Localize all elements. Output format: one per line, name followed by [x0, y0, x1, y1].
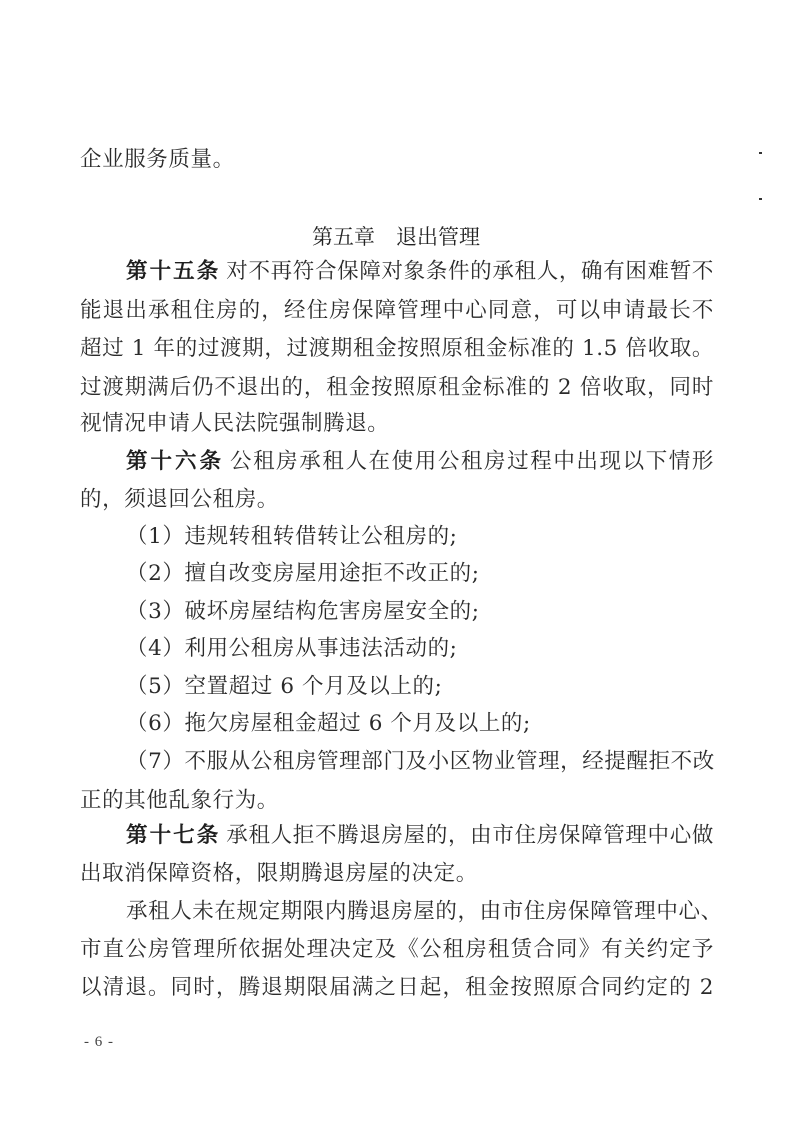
list-item: （4）利用公租房从事违法活动的; — [126, 635, 458, 663]
list-item: （6）拖欠房屋租金超过 6 个月及以上的; — [126, 710, 531, 738]
list-item: （3）破坏房屋结构危害房屋安全的; — [126, 598, 480, 626]
list-item-continuation: 正的其他乱象行为。 — [80, 787, 714, 815]
list-item: （7）不服从公租房管理部门及小区物业管理，经提醒拒不改 — [126, 748, 714, 776]
article-15-line-3: 超过 1 年的过渡期，过渡期租金按照原租金标准的 1.5 倍收取。 — [80, 335, 714, 363]
article-text: 公租房承租人在使用公租房过程中出现以下情形 — [230, 449, 714, 474]
page-number: - 6 - — [84, 1034, 114, 1051]
article-16-line-1: 第十六条公租房承租人在使用公租房过程中出现以下情形 — [126, 448, 714, 476]
paragraph-line-3: 以清退。同时，腾退期限届满之日起，租金按照原合同约定的 2 — [80, 974, 714, 1002]
article-17-line-2: 出取消保障资格，限期腾退房屋的决定。 — [80, 860, 714, 888]
margin-mark — [759, 198, 762, 200]
chapter-heading: 第五章 退出管理 — [0, 223, 792, 251]
article-label: 第十七条 — [126, 823, 220, 848]
article-15-line-4: 过渡期满后仍不退出的，租金按照原租金标准的 2 倍收取，同时 — [80, 374, 714, 402]
list-item: （2）擅自改变房屋用途拒不改正的; — [126, 560, 480, 588]
article-15-line-5: 视情况申请人民法院强制腾退。 — [80, 410, 714, 438]
article-15-line-2: 能退出承租住房的，经住房保障管理中心同意，可以申请最长不 — [80, 297, 714, 325]
document-page: 企业服务质量。 第五章 退出管理 第十五条对不再符合保障对象条件的承租人，确有困… — [0, 0, 792, 1122]
continuation-line: 企业服务质量。 — [80, 146, 714, 174]
list-item: （1）违规转租转借转让公租房的; — [126, 523, 458, 551]
paragraph-line-2: 市直公房管理所依据处理决定及《公租房租赁合同》有关约定予 — [80, 936, 714, 964]
paragraph-line-1: 承租人未在规定期限内腾退房屋的，由市住房保障管理中心、 — [126, 898, 714, 926]
article-16-line-2: 的，须退回公租房。 — [80, 486, 714, 514]
list-item: （5）空置超过 6 个月及以上的; — [126, 673, 442, 701]
article-17-line-1: 第十七条承租人拒不腾退房屋的，由市住房保障管理中心做 — [126, 822, 714, 850]
article-label: 第十五条 — [126, 259, 220, 284]
article-text: 对不再符合保障对象条件的承租人，确有困难暂不 — [226, 259, 714, 284]
article-label: 第十六条 — [126, 449, 224, 474]
article-text: 承租人拒不腾退房屋的，由市住房保障管理中心做 — [226, 823, 714, 848]
margin-mark — [759, 152, 762, 154]
article-15-line-1: 第十五条对不再符合保障对象条件的承租人，确有困难暂不 — [126, 258, 714, 286]
